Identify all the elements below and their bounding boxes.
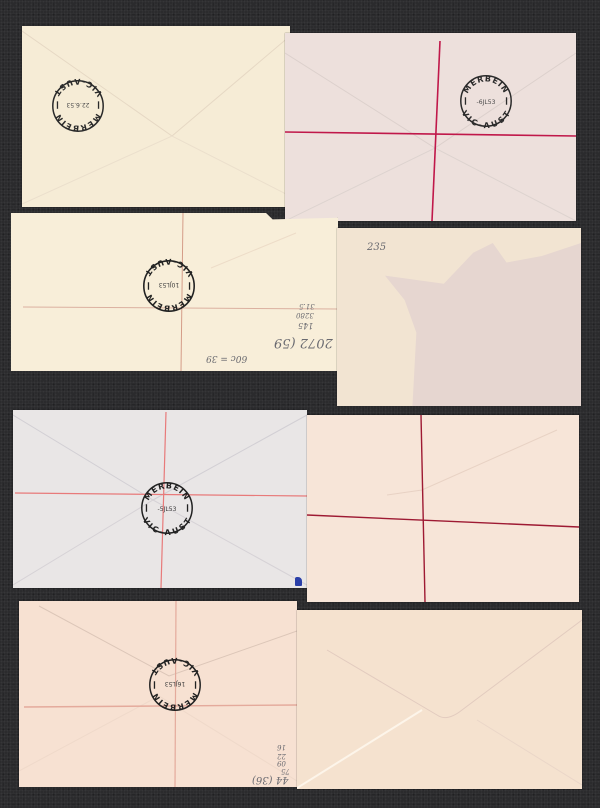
postmark-5: MERBEIN VIC-AUST -5JL53 [139, 480, 195, 536]
envelope-6 [307, 415, 579, 602]
registration-line-horizontal [307, 515, 579, 527]
pencil-note-price: 60c = 39 [206, 353, 247, 363]
envelope-flap-lines [285, 33, 576, 221]
postmark-7: MERBEIN VIC-AUST 16JL53 [147, 657, 203, 713]
registration-line-horizontal [285, 132, 576, 136]
registration-line-vertical [421, 415, 425, 602]
envelope-3: MERBEIN VIC-AUST 10JL53 (5) 2072 (59 60c… [11, 213, 338, 371]
svg-text:-5JL53: -5JL53 [158, 506, 177, 513]
svg-text:16JL53: 16JL53 [165, 680, 186, 687]
svg-text:MERBEIN: MERBEIN [150, 691, 199, 712]
envelope-2: MERBEIN VIC-AUST -6JL53 [285, 33, 576, 221]
svg-text:VIC-AUST: VIC-AUST [149, 657, 202, 677]
postmark-1: MERBEIN VIC-AUST 22.6.53 [50, 78, 106, 134]
svg-text:MERBEIN: MERBEIN [144, 292, 193, 313]
blue-ink-mark [295, 577, 302, 586]
pencil-note-small-3: 31.5 [299, 302, 315, 310]
postmark-3: MERBEIN VIC-AUST 10JL53 [141, 258, 197, 314]
pencil-note-small-1: 16 [277, 743, 286, 751]
pencil-note-small-4: 75 [281, 767, 290, 775]
svg-text:VIC-AUST: VIC-AUST [143, 258, 196, 278]
envelope-8 [297, 610, 582, 789]
svg-text:VIC-AUST: VIC-AUST [460, 109, 513, 129]
envelope-7: MERBEIN VIC-AUST 16JL53 44 (36) 16 22 09… [19, 601, 297, 787]
svg-text:MERBEIN: MERBEIN [53, 112, 102, 133]
svg-text:10JL53: 10JL53 [159, 281, 180, 288]
registration-line-vertical [432, 41, 440, 221]
svg-text:-6JL53: -6JL53 [477, 99, 496, 106]
envelope-flap-lines [297, 610, 582, 789]
svg-text:22.6.53: 22.6.53 [66, 101, 89, 108]
svg-text:VIC-AUST: VIC-AUST [141, 516, 194, 536]
pencil-note-small-2: 3280 [296, 311, 314, 319]
svg-text:VIC-AUST: VIC-AUST [52, 78, 105, 98]
envelope-flap-lines [307, 415, 579, 602]
envelope-1: MERBEIN VIC-AUST 22.6.53 [22, 26, 290, 207]
pencil-note-number: 235 [367, 242, 386, 253]
torn-area [385, 243, 581, 406]
svg-text:MERBEIN: MERBEIN [461, 74, 510, 95]
pencil-note-small-3: 09 [277, 759, 286, 767]
pencil-note-catalog: (5) 2072 (59 [274, 335, 338, 350]
pencil-note-catalog: 44 (36) [252, 774, 288, 785]
svg-text:MERBEIN: MERBEIN [142, 481, 191, 502]
envelope-4: 235 [337, 228, 581, 406]
envelope-5: MERBEIN VIC-AUST -5JL53 [13, 410, 307, 588]
pencil-note-small-1: 145 [298, 321, 313, 330]
postmark-2: MERBEIN VIC-AUST -6JL53 [458, 73, 514, 129]
